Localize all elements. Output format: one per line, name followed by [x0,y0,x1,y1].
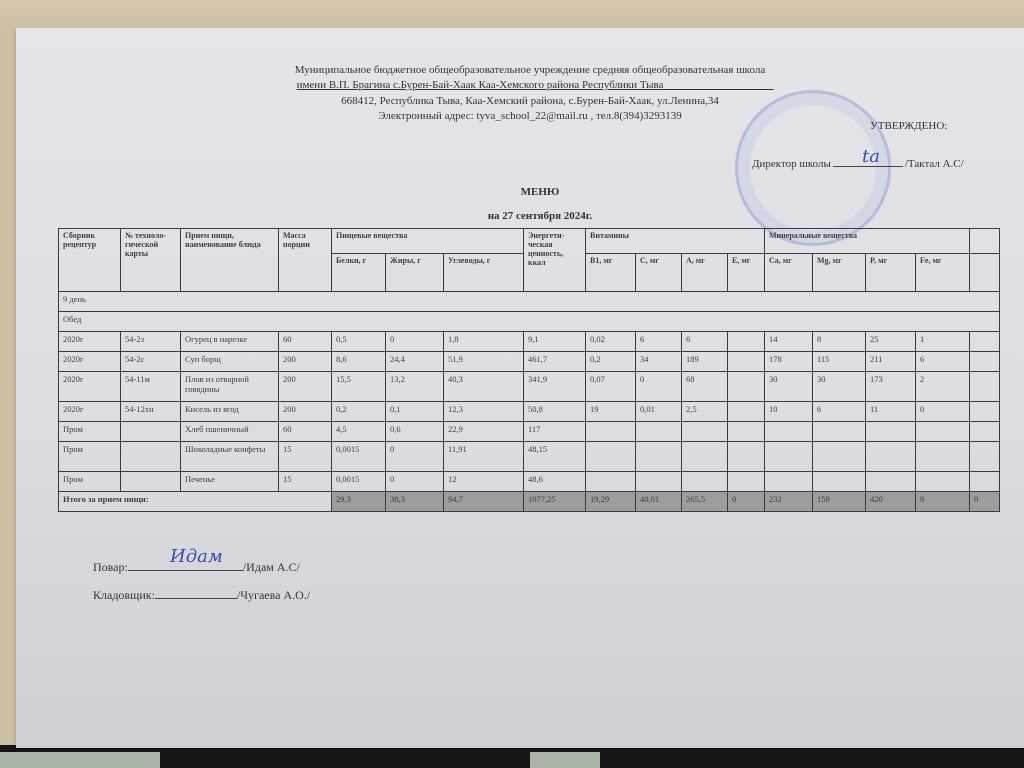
cell-mg: 6 [813,402,866,422]
col-p: P, мг [866,254,916,292]
cook-sign-line [128,570,243,571]
table-row: ПромПеченье150,001501248,6 [59,472,1000,492]
col-a: A, мг [682,254,728,292]
col-mass: Масса порции [279,229,332,292]
cell-c: 6 [636,332,682,352]
school-name-line2-text: имени В.П. Брагина с.Бурен-Бай-Хаак Каа-… [297,79,664,91]
cell-p: 25 [866,332,916,352]
meal-row: Обед [59,312,1000,332]
cell-p [866,442,916,472]
cell-extra [970,352,1000,372]
cell-mass: 60 [279,422,332,442]
cell-mg [813,442,866,472]
cell-fe: 1 [916,332,970,352]
total-e: 0 [728,492,765,512]
cell-mass: 200 [279,402,332,422]
menu-table: Сборник рецептур № техноло-гической карт… [58,228,1000,512]
cell-fats: 0 [386,332,444,352]
col-fats: Жиры, г [386,254,444,292]
meal-label: Обед [59,312,1000,332]
cell-card [121,472,181,492]
col-ca: Ca, мг [765,254,813,292]
cell-card: 54-12хн [121,402,181,422]
cell-a: 68 [682,372,728,402]
cook-label: Повар: [93,560,128,574]
director-name: /Тактал А.С/ [905,158,964,170]
cell-extra [970,442,1000,472]
cell-mass: 15 [279,442,332,472]
total-p: 420 [866,492,916,512]
col-proteins: Белки, г [332,254,386,292]
approval-label: УТВЕРЖДЕНО: [870,120,947,132]
cell-fats: 0,1 [386,402,444,422]
day-row: 9 день [59,292,1000,312]
cell-name: Кисель из ягод [181,402,279,422]
cell-b1 [586,442,636,472]
cell-fe: 2 [916,372,970,402]
cell-mg [813,472,866,492]
total-proteins: 29,3 [332,492,386,512]
cell-a [682,442,728,472]
table-row: 2020г54-12хнКисель из ягод2000,20,112,35… [59,402,1000,422]
cell-name: Суп борщ [181,352,279,372]
cell-c: 34 [636,352,682,372]
cell-card: 54-11м [121,372,181,402]
cell-extra [970,422,1000,442]
cell-a: 6 [682,332,728,352]
col-meal: Прием пищи, наименование блюда [181,229,279,292]
cell-carbs: 11,91 [444,442,524,472]
table-header-row: Сборник рецептур № техноло-гической карт… [59,229,1000,254]
cell-e [728,352,765,372]
cell-name: Плов из отварной говядины [181,372,279,402]
col-extra2 [970,254,1000,292]
total-fats: 38,3 [386,492,444,512]
cell-p: 211 [866,352,916,372]
col-vitamins: Витамины [586,229,765,254]
total-b1: 19,29 [586,492,636,512]
menu-rows: 2020г54-2зОгурец в нарезке600,501,89,10,… [59,332,1000,492]
director-signature: ta [862,146,880,167]
cell-e [728,332,765,352]
cell-e [728,422,765,442]
cell-ca: 14 [765,332,813,352]
cell-proteins: 0,2 [332,402,386,422]
cell-card [121,442,181,472]
total-fe: 9 [916,492,970,512]
day-label: 9 день [59,292,1000,312]
cell-c [636,422,682,442]
director-signature-line: Директор школы/Тактал А.С/ [752,158,964,170]
total-extra: 0 [970,492,1000,512]
document-title: МЕНЮ [450,186,630,198]
col-carbs: Углеводы, г [444,254,524,292]
cell-c [636,442,682,472]
total-energy: 1077,25 [524,492,586,512]
cell-collection: Пром [59,422,121,442]
cell-b1: 0,02 [586,332,636,352]
cell-card: 54-2з [121,332,181,352]
cell-c: 0 [636,372,682,402]
cell-mass: 60 [279,332,332,352]
cell-fats: 24,4 [386,352,444,372]
cell-fats: 0 [386,472,444,492]
cell-p: 11 [866,402,916,422]
storekeeper-name: /Чугаева А.О./ [237,588,310,602]
school-address: 668412, Республика Тыва, Каа-Хемский рай… [240,95,820,107]
cell-collection: Пром [59,442,121,472]
cell-c: 0,01 [636,402,682,422]
total-label: Итого за прием пищи: [59,492,332,512]
total-row: Итого за прием пищи: 29,3 38,3 94,7 1077… [59,492,1000,512]
cell-fe: 6 [916,352,970,372]
cell-proteins: 0,5 [332,332,386,352]
cell-p: 173 [866,372,916,402]
storekeeper-sign-line [155,598,237,599]
cell-fats: 0 [386,442,444,472]
cell-energy: 48,15 [524,442,586,472]
cell-c [636,472,682,492]
col-card-no: № техноло-гической карты [121,229,181,292]
cell-b1 [586,472,636,492]
cell-mass: 200 [279,372,332,402]
cell-fe: 0 [916,402,970,422]
floor-light-patch [530,752,600,768]
cell-fe [916,472,970,492]
cell-proteins: 8,6 [332,352,386,372]
cell-ca [765,442,813,472]
cell-name: Хлеб пшеничный [181,422,279,442]
cell-carbs: 51,9 [444,352,524,372]
col-e: E, мг [728,254,765,292]
cell-fats: 0,6 [386,422,444,442]
total-c: 40,01 [636,492,682,512]
school-name-line1: Муниципальное бюджетное общеобразователь… [240,64,820,76]
cook-name: /Идам А.С/ [243,560,300,574]
cell-e [728,472,765,492]
cell-energy: 341,9 [524,372,586,402]
col-fe: Fe, мг [916,254,970,292]
total-a: 265,5 [682,492,728,512]
storekeeper-label: Кладовщик: [93,588,155,602]
cell-mg: 8 [813,332,866,352]
cell-fe [916,442,970,472]
cell-carbs: 12,3 [444,402,524,422]
cell-extra [970,372,1000,402]
director-role: Директор школы [752,158,831,170]
cell-ca: 10 [765,402,813,422]
cell-collection: Пром [59,472,121,492]
cell-collection: 2020г [59,352,121,372]
cell-e [728,402,765,422]
cell-carbs: 12 [444,472,524,492]
cell-a [682,472,728,492]
cell-e [728,442,765,472]
cell-extra [970,402,1000,422]
school-contacts: Электронный адрес: tyva_school_22@mail.r… [240,110,820,122]
cell-proteins: 4,5 [332,422,386,442]
cell-collection: 2020г [59,372,121,402]
cell-extra [970,332,1000,352]
cell-b1: 0,07 [586,372,636,402]
cell-mass: 15 [279,472,332,492]
col-mg: Mg, мг [813,254,866,292]
cell-name: Шоколадные конфеты [181,442,279,472]
cell-p [866,422,916,442]
cell-fe [916,422,970,442]
cell-ca: 178 [765,352,813,372]
col-b1: B1, мг [586,254,636,292]
cell-energy: 48,6 [524,472,586,492]
cell-name: Огурец в нарезке [181,332,279,352]
cell-b1 [586,422,636,442]
storekeeper-signature-line: Кладовщик:/Чугаева А.О./ [93,588,310,603]
cell-fats: 13,2 [386,372,444,402]
col-nutrients: Пищевые вещества [332,229,524,254]
cell-energy: 9,1 [524,332,586,352]
table-row: ПромШоколадные конфеты150,0015011,9148,1… [59,442,1000,472]
col-c: C, мг [636,254,682,292]
cell-carbs: 1,8 [444,332,524,352]
cell-collection: 2020г [59,402,121,422]
cell-mg: 115 [813,352,866,372]
total-carbs: 94,7 [444,492,524,512]
cell-carbs: 22,9 [444,422,524,442]
table-row: 2020г54-11мПлов из отварной говядины2001… [59,372,1000,402]
cell-proteins: 15,5 [332,372,386,402]
cell-proteins: 0,0015 [332,472,386,492]
cell-extra [970,472,1000,492]
cell-a: 189 [682,352,728,372]
cell-energy: 117 [524,422,586,442]
cell-card: 54-2с [121,352,181,372]
cell-mg [813,422,866,442]
cell-mass: 200 [279,352,332,372]
cell-a: 2,5 [682,402,728,422]
cell-b1: 0,2 [586,352,636,372]
table-row: ПромХлеб пшеничный604,50,622,9117 [59,422,1000,442]
col-extra [970,229,1000,254]
cell-name: Печенье [181,472,279,492]
total-ca: 232 [765,492,813,512]
cell-energy: 461,7 [524,352,586,372]
cell-proteins: 0,0015 [332,442,386,472]
cell-collection: 2020г [59,332,121,352]
col-energy: Энергети-ческая ценность, ккал [524,229,586,292]
table-surface [0,0,1024,30]
document-date: на 27 сентября 2024г. [430,210,650,222]
cell-p [866,472,916,492]
table-row: 2020г54-2сСуп борщ2008,624,451,9461,70,2… [59,352,1000,372]
cell-ca: 30 [765,372,813,402]
cell-carbs: 40,3 [444,372,524,402]
cook-signature: Идам [170,546,223,567]
cell-a [682,422,728,442]
cell-ca [765,422,813,442]
cell-ca [765,472,813,492]
cell-e [728,372,765,402]
col-minerals: Минеральные вещества [765,229,970,254]
school-name-line2: имени В.П. Брагина с.Бурен-Бай-Хаак Каа-… [280,79,790,91]
cell-card [121,422,181,442]
cell-energy: 50,8 [524,402,586,422]
cell-mg: 30 [813,372,866,402]
table-row: 2020г54-2зОгурец в нарезке600,501,89,10,… [59,332,1000,352]
total-mg: 159 [813,492,866,512]
floor-light-patch [0,752,160,768]
cell-b1: 19 [586,402,636,422]
col-collection: Сборник рецептур [59,229,121,292]
